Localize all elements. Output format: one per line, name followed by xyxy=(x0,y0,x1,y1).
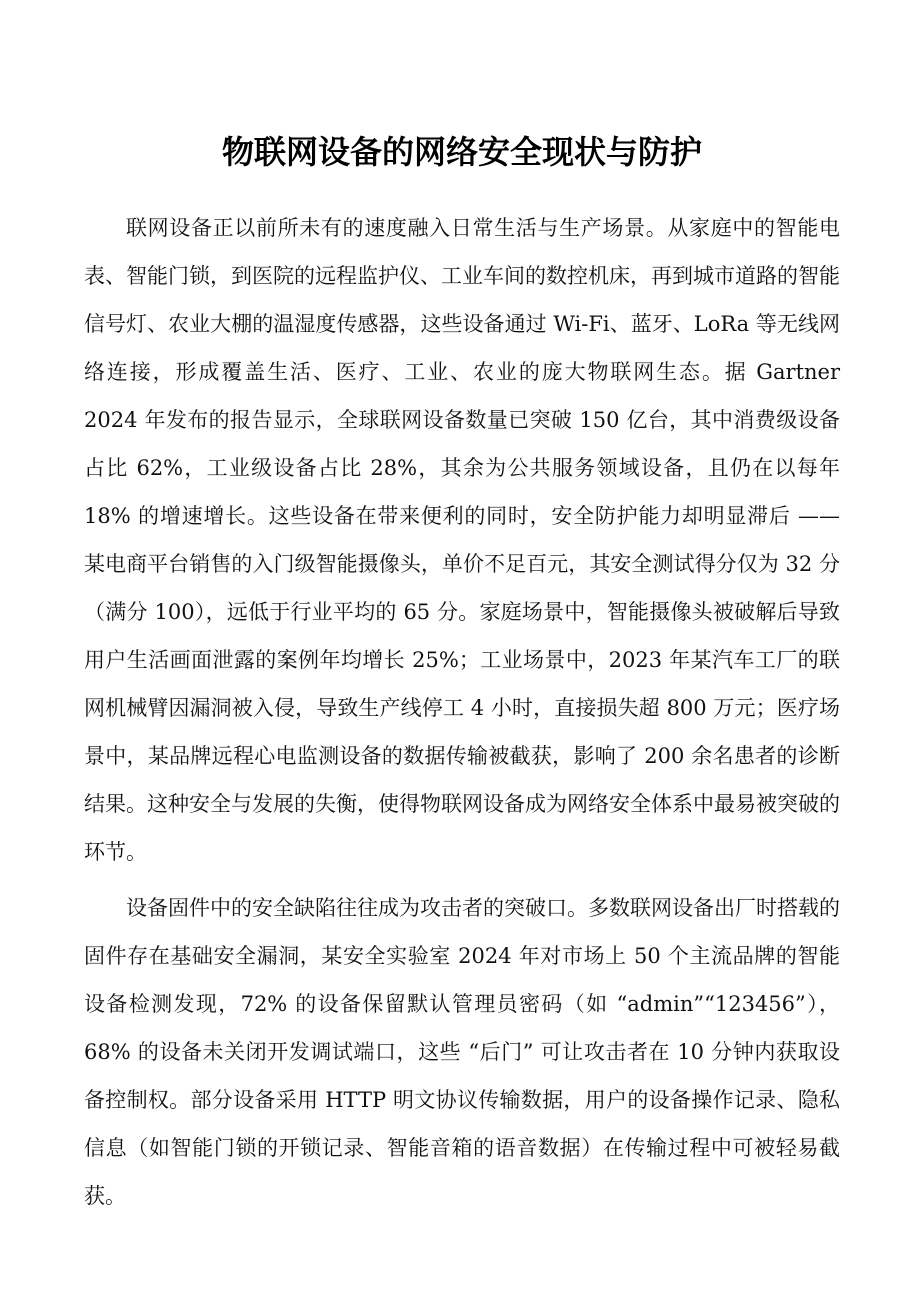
document-title: 物联网设备的网络安全现状与防护 xyxy=(84,128,840,176)
paragraph-2: 设备固件中的安全缺陷往往成为攻击者的突破口。多数联网设备出厂时搭载的固件存在基础… xyxy=(84,884,840,1220)
paragraph-1: 联网设备正以前所未有的速度融入日常生活与生产场景。从家庭中的智能电表、智能门锁，… xyxy=(84,204,840,876)
